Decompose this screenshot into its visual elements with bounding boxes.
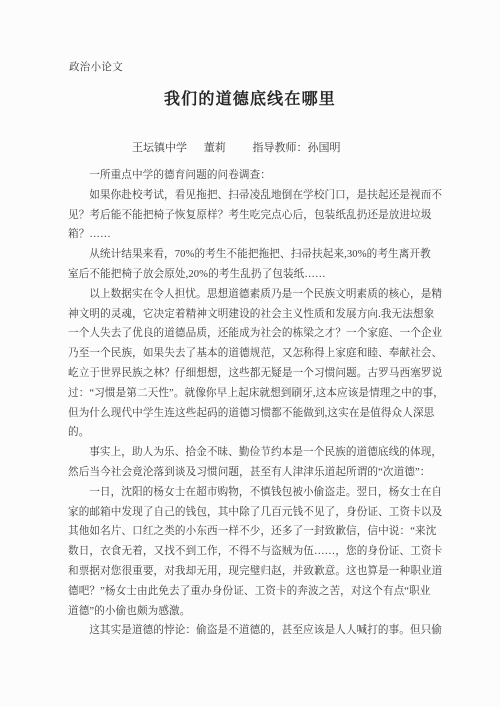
text-line: 道德”的小偷也颇为感激。 [68, 602, 436, 622]
text-line: 德吧？”杨女士由此免去了重办身份证、工资卡的奔波之苦，对这个有点“职业 [68, 582, 436, 602]
paragraph: 如果你赴校考试，看见拖把、扫帚凌乱地倒在学校门口，是扶起还是视而不 见？考后能不… [68, 186, 436, 245]
text-line: 如果你赴校考试，看见拖把、扫帚凌乱地倒在学校门口，是扶起还是视而不 [68, 186, 436, 206]
paragraph: 事实上，助人为乐、拾金不昧、勤俭节约本是一个民族的道德底线的体现， 然后当今社会… [68, 443, 436, 483]
text-line: 这其实是道德的悖论：偷盗是不道德的，甚至应该是人人喊打的事。但只偷 [68, 621, 436, 641]
text-line: 屹立于世界民族之林？仔细想想，这些都无疑是一个习惯问题。古罗马西塞罗说 [68, 364, 436, 384]
text-line: 家的邮箱中发现了自己的钱包，其中除了几百元钱不见了，身份证、工资卡以及 [68, 503, 436, 523]
paragraph: 这其实是道德的悖论：偷盗是不道德的，甚至应该是人人喊打的事。但只偷 [68, 621, 436, 641]
text-line: 数日，衣食无着，又找不到工作，不得不与盗贼为伍……，您的身份证、工资卡 [68, 542, 436, 562]
text-line: 一个人失去了优良的道德品质，还能成为社会的栋梁之才？一个家庭、一个企业 [68, 324, 436, 344]
paragraph: 从统计结果来看，70%的考生不能把拖把、扫帚扶起来,30%的考生离开教 室后不能… [68, 245, 436, 285]
document-page: 政治小论文 我们的道德底线在哪里 王坛镇中学 董莉 指导教师：孙国明 一所重点中… [0, 0, 500, 707]
text-line: 室后不能把椅子放会原处,20%的考生乱扔了包装纸…… [68, 265, 436, 285]
text-line: 然后当今社会竟沦落到谈及习惯问题，甚至有人津津乐道起所谓的“次道德”： [68, 463, 436, 483]
text-line: 和票据对您很重要，对我却无用，现完璧归赵，并致歉意。这也算是一种职业道 [68, 562, 436, 582]
text-line: 见？考后能不能把椅子恢复原样？考生吃完点心后，包装纸乱扔还是放进垃圾 [68, 206, 436, 226]
paragraph: 一日，沈阳的杨女士在超市购物，不慎钱包被小偷盗走。翌日，杨女士在自 家的邮箱中发… [68, 483, 436, 622]
text-line: 过：“习惯是第二天性”。就像你早上起床就想到刷牙,这本应该是情理之中的事， [68, 384, 436, 404]
byline-school: 王坛镇中学 [132, 142, 187, 154]
doc-byline: 王坛镇中学 董莉 指导教师：孙国明 [132, 139, 341, 155]
text-line: 事实上，助人为乐、拾金不昧、勤俭节约本是一个民族的道德底线的体现， [68, 443, 436, 463]
paragraph: 一所重点中学的德育问题的问卷调查： [68, 166, 436, 186]
text-line: 一日，沈阳的杨女士在超市购物，不慎钱包被小偷盗走。翌日，杨女士在自 [68, 483, 436, 503]
text-line: 其他如名片、口红之类的小东西一样不少，还多了一封致歉信，信中说：“来沈 [68, 522, 436, 542]
text-line: 从统计结果来看，70%的考生不能把拖把、扫帚扶起来,30%的考生离开教 [68, 245, 436, 265]
text-line: 箱？…… [68, 225, 436, 245]
text-line: 的。 [68, 423, 436, 443]
byline-advisor: 指导教师：孙国明 [253, 142, 341, 154]
text-line: 但为什么现代中学生连这些起码的道德习惯都不能做到,这实在是值得众人深思 [68, 404, 436, 424]
text-line: 以上数据实在令人担忧。思想道德素质乃是一个民族文明素质的核心，是精 [68, 285, 436, 305]
doc-category-label: 政治小论文 [69, 59, 123, 74]
byline-author: 董莉 [204, 142, 226, 154]
text-line: 一所重点中学的德育问题的问卷调查： [68, 166, 436, 186]
text-line: 乃至一个民族，如果失去了基本的道德规范，又怎称得上家庭和睦、奉献社会、 [68, 344, 436, 364]
doc-body: 一所重点中学的德育问题的问卷调查： 如果你赴校考试，看见拖把、扫帚凌乱地倒在学校… [68, 166, 436, 641]
doc-title: 我们的道德底线在哪里 [0, 86, 500, 109]
text-line: 神文明的灵魂，它决定着精神文明建设的社会主义性质和发展方向.我无法想象 [68, 305, 436, 325]
paragraph: 以上数据实在令人担忧。思想道德素质乃是一个民族文明素质的核心，是精 神文明的灵魂… [68, 285, 436, 443]
